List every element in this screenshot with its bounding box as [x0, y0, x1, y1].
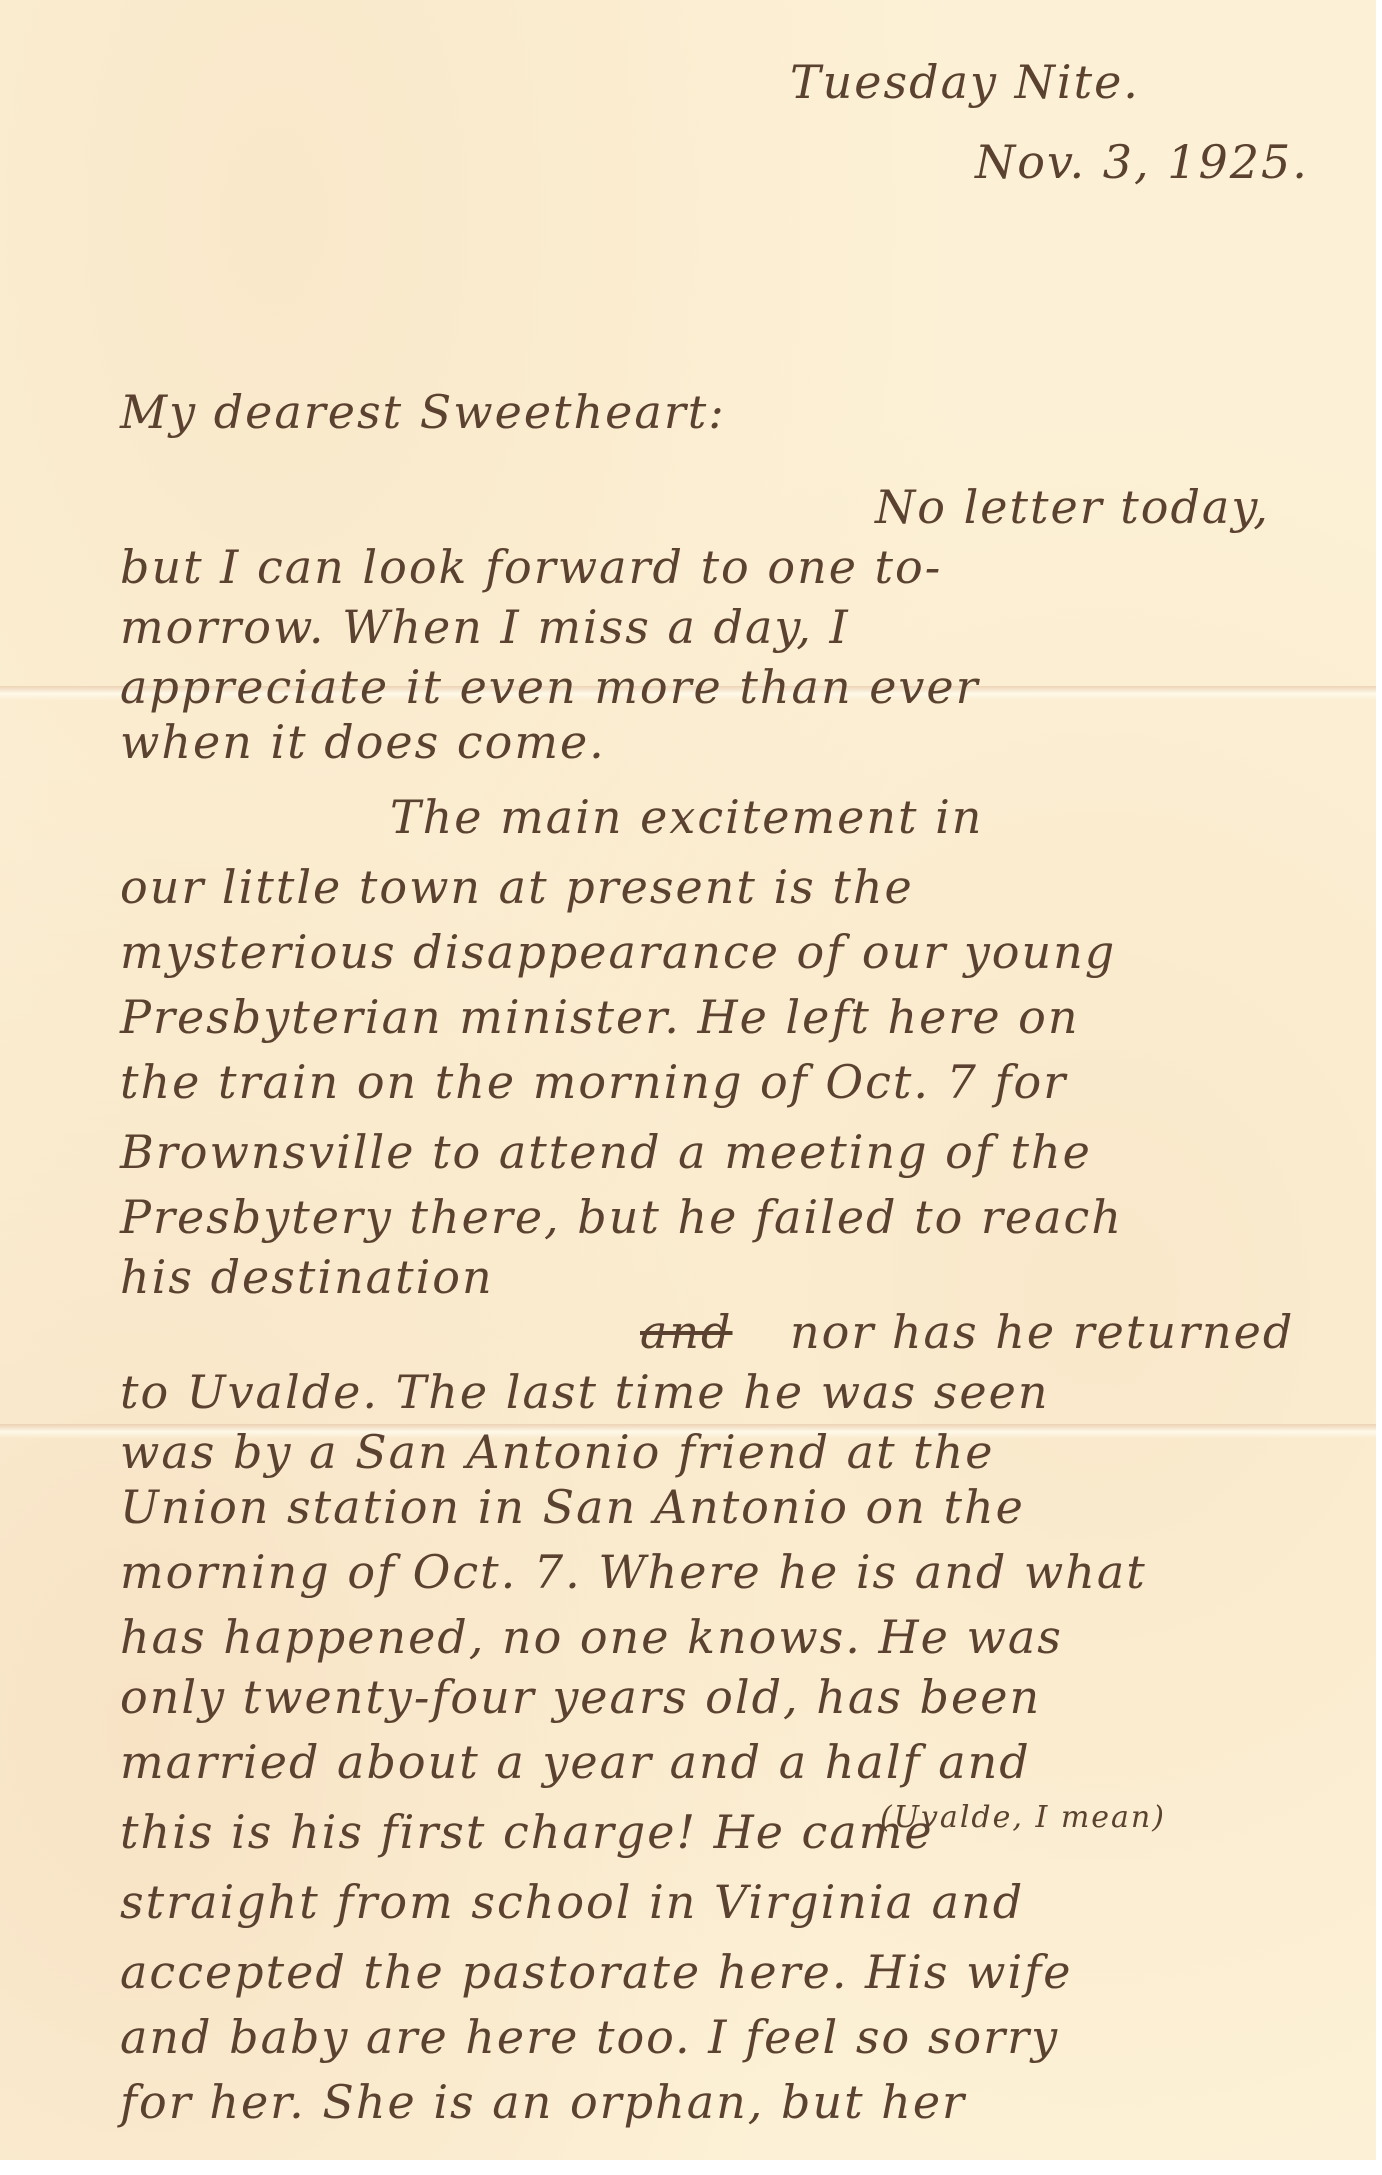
letter-line: appreciate it even more than ever	[120, 660, 980, 714]
letter-line: Presbytery there, but he failed to reach	[120, 1190, 1123, 1244]
letter-line: to Uvalde. The last time he was seen	[120, 1365, 1049, 1419]
letter-line: his destination	[120, 1305, 494, 1359]
letter-line: when it does come.	[120, 715, 606, 769]
letter-line: morning of Oct. 7. Where he is and what	[120, 1545, 1147, 1599]
letter-line: mysterious disappearance of our young	[120, 925, 1116, 979]
letter-line: his destination	[120, 1250, 494, 1304]
insertion-note: (Uvalde, I mean)	[880, 1800, 1166, 1835]
letter-line: our little town at present is the	[120, 860, 914, 914]
letter-line: but I can look forward to one to-	[120, 540, 942, 594]
letter-line: the train on the morning of Oct. 7 for	[120, 1055, 1067, 1109]
struck-word: and	[640, 1305, 733, 1359]
letter-line: accepted the pastorate here. His wife	[120, 1945, 1072, 1999]
letter-line: Presbyterian minister. He left here on	[120, 990, 1079, 1044]
letter-line: was by a San Antonio friend at the	[120, 1425, 995, 1479]
letter-line: morrow. When I miss a day, I	[120, 600, 850, 654]
letter-line: only twenty-four years old, has been	[120, 1670, 1041, 1724]
letter-line: has happened, no one knows. He was	[120, 1610, 1063, 1664]
letter-line: No letter today,	[875, 480, 1270, 534]
salutation: My dearest Sweetheart:	[120, 385, 726, 439]
letter-line: and baby are here too. I feel so sorry	[120, 2010, 1059, 2064]
letter-line: this is his first charge! He came	[120, 1805, 934, 1859]
letter-line: Union station in San Antonio on the	[120, 1480, 1025, 1534]
letter-line: married about a year and a half and	[120, 1735, 1031, 1789]
heading-day: Tuesday Nite.	[790, 55, 1140, 109]
letter-page: Tuesday Nite. Nov. 3, 1925. My dearest S…	[0, 0, 1376, 2160]
letter-line: Brownsville to attend a meeting of the	[120, 1125, 1092, 1179]
letter-line: for her. She is an orphan, but her	[120, 2075, 966, 2129]
letter-line: The main excitement in	[390, 790, 983, 844]
letter-line: straight from school in Virginia and	[120, 1875, 1024, 1929]
heading-date: Nov. 3, 1925.	[975, 135, 1309, 189]
letter-line: nor has he returned	[790, 1305, 1294, 1359]
